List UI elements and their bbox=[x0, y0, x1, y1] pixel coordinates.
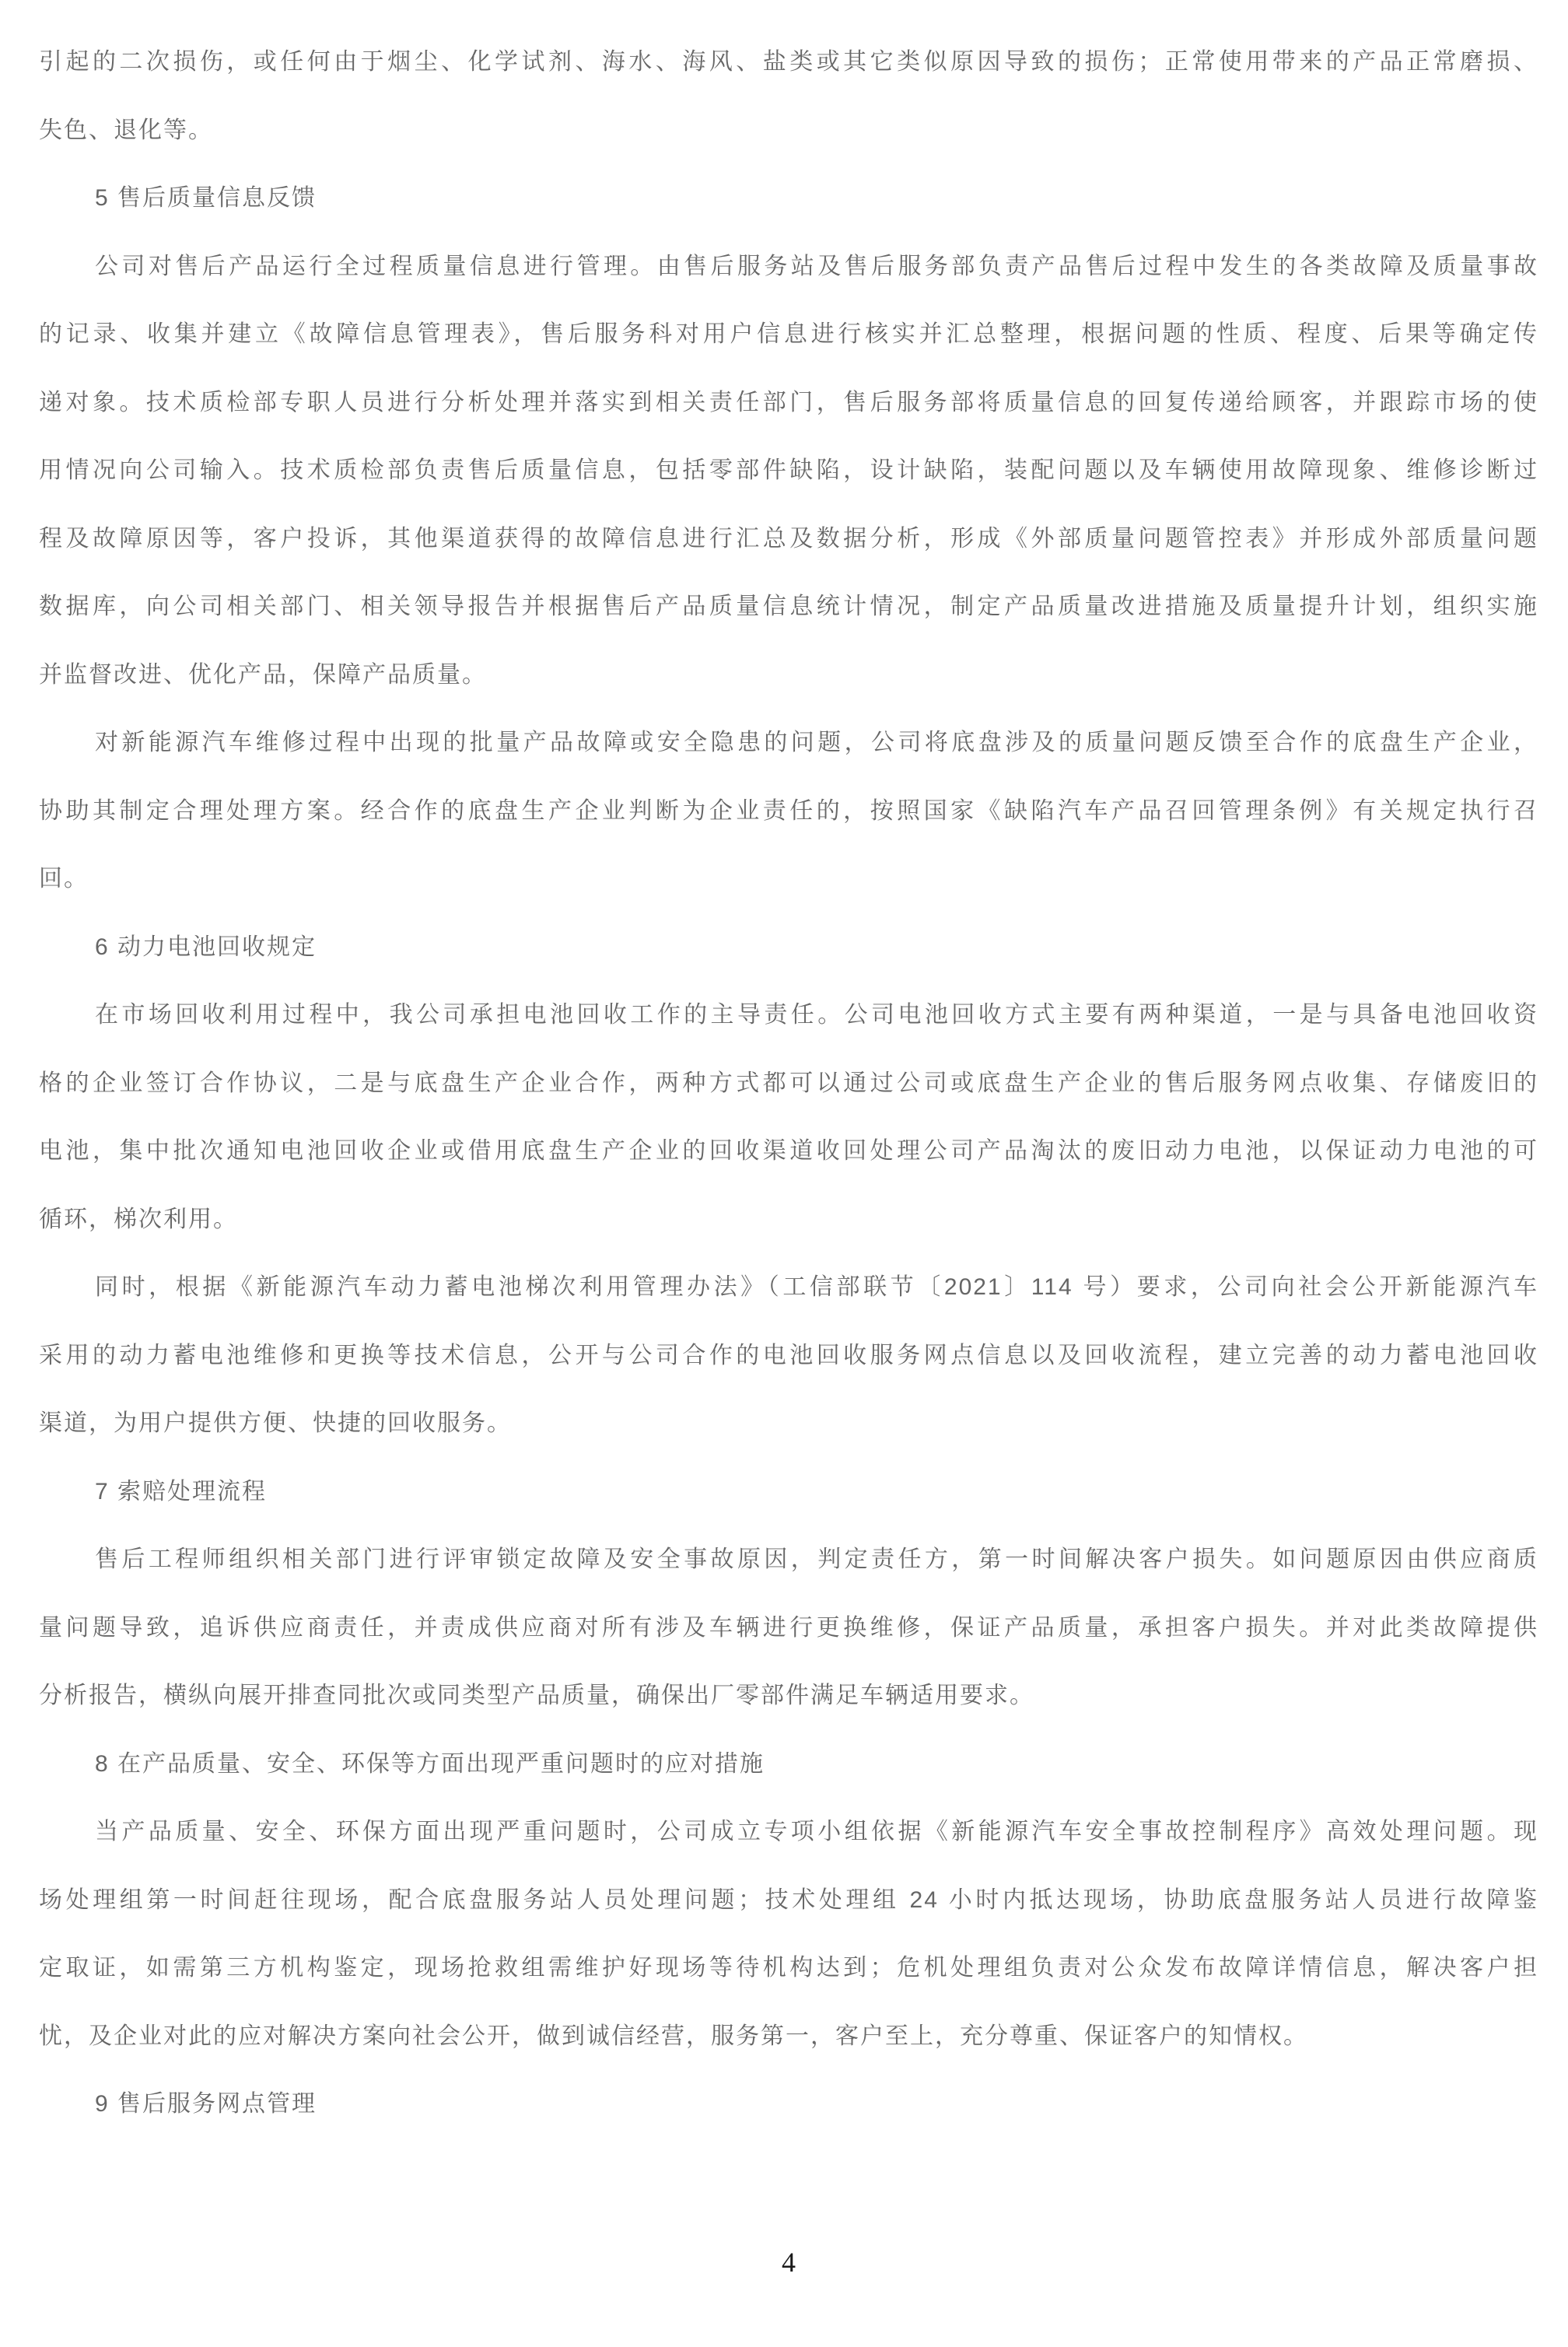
text-line: 循环，梯次利用。 bbox=[39, 1186, 1538, 1254]
text-line: 失色、退化等。 bbox=[39, 96, 1538, 165]
text-line: 定取证，如需第三方机构鉴定，现场抢救组需维护好现场等待机构达到；危机处理组负责对… bbox=[39, 1934, 1538, 2002]
text-line: 分析报告，横纵向展开排查同批次或同类型产品质量，确保出厂零部件满足车辆适用要求。 bbox=[39, 1662, 1538, 1730]
text-line: 忧，及企业对此的应对解决方案向社会公开，做到诚信经营，服务第一，客户至上，充分尊… bbox=[39, 2002, 1538, 2071]
text-line: 引起的二次损伤，或任何由于烟尘、化学试剂、海水、海风、盐类或其它类似原因导致的损… bbox=[39, 28, 1538, 96]
text-line: 电池，集中批次通知电池回收企业或借用底盘生产企业的回收渠道收回处理公司产品淘汰的… bbox=[39, 1117, 1538, 1186]
section-heading: 7 索赔处理流程 bbox=[39, 1458, 1538, 1526]
text-line: 在市场回收利用过程中，我公司承担电池回收工作的主导责任。公司电池回收方式主要有两… bbox=[39, 981, 1538, 1049]
text-line: 的记录、收集并建立《故障信息管理表》，售后服务科对用户信息进行核实并汇总整理，根… bbox=[39, 300, 1538, 369]
text-line: 递对象。技术质检部专职人员进行分析处理并落实到相关责任部门，售后服务部将质量信息… bbox=[39, 369, 1538, 437]
text-line: 数据库，向公司相关部门、相关领导报告并根据售后产品质量信息统计情况，制定产品质量… bbox=[39, 573, 1538, 641]
text-line: 并监督改进、优化产品，保障产品质量。 bbox=[39, 641, 1538, 709]
text-line: 回。 bbox=[39, 845, 1538, 913]
text-line: 格的企业签订合作协议，二是与底盘生产企业合作，两种方式都可以通过公司或底盘生产企… bbox=[39, 1049, 1538, 1118]
text-line: 采用的动力蓄电池维修和更换等技术信息，公开与公司合作的电池回收服务网点信息以及回… bbox=[39, 1322, 1538, 1390]
text-line: 量问题导致，追诉供应商责任，并责成供应商对所有涉及车辆进行更换维修，保证产品质量… bbox=[39, 1594, 1538, 1662]
text-line: 程及故障原因等，客户投诉，其他渠道获得的故障信息进行汇总及数据分析，形成《外部质… bbox=[39, 505, 1538, 573]
text-line: 用情况向公司输入。技术质检部负责售后质量信息，包括零部件缺陷，设计缺陷，装配问题… bbox=[39, 436, 1538, 505]
text-line: 渠道，为用户提供方便、快捷的回收服务。 bbox=[39, 1389, 1538, 1458]
text-line: 对新能源汽车维修过程中出现的批量产品故障或安全隐患的问题，公司将底盘涉及的质量问… bbox=[39, 709, 1538, 777]
document-page: 引起的二次损伤，或任何由于烟尘、化学试剂、海水、海风、盐类或其它类似原因导致的损… bbox=[39, 28, 1538, 2139]
text-line: 当产品质量、安全、环保方面出现严重问题时，公司成立专项小组依据《新能源汽车安全事… bbox=[39, 1798, 1538, 1866]
text-line: 场处理组第一时间赶往现场，配合底盘服务站人员处理问题；技术处理组 24 小时内抵… bbox=[39, 1866, 1538, 1935]
text-line: 售后工程师组织相关部门进行评审锁定故障及安全事故原因，判定责任方，第一时间解决客… bbox=[39, 1526, 1538, 1594]
text-line: 协助其制定合理处理方案。经合作的底盘生产企业判断为企业责任的，按照国家《缺陷汽车… bbox=[39, 777, 1538, 846]
section-heading: 9 售后服务网点管理 bbox=[39, 2070, 1538, 2139]
text-line: 公司对售后产品运行全过程质量信息进行管理。由售后服务站及售后服务部负责产品售后过… bbox=[39, 233, 1538, 301]
text-line: 同时，根据《新能源汽车动力蓄电池梯次利用管理办法》（工信部联节〔2021〕114… bbox=[39, 1253, 1538, 1322]
section-heading: 6 动力电池回收规定 bbox=[39, 913, 1538, 982]
section-heading: 8 在产品质量、安全、环保等方面出现严重问题时的应对措施 bbox=[39, 1730, 1538, 1799]
page-number: 4 bbox=[39, 2244, 1538, 2281]
section-heading: 5 售后质量信息反馈 bbox=[39, 164, 1538, 233]
